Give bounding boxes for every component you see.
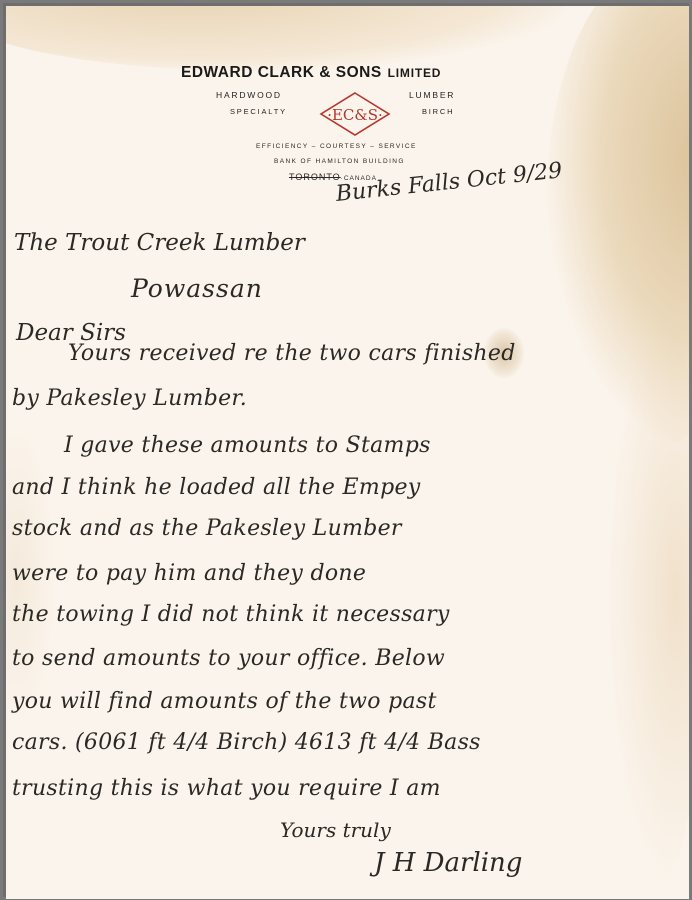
image-frame: EDWARD CLARK & SONSLIMITED HARDWOOD SPEC…: [0, 0, 692, 900]
lumber-label: LUMBER: [409, 90, 455, 100]
hardwood-label: HARDWOOD: [216, 90, 282, 100]
signature: J H Darling: [374, 848, 522, 878]
tagline: EFFICIENCY – COURTESY – SERVICE: [256, 143, 417, 150]
city-struck: TORONTO: [289, 172, 341, 182]
closing: Yours truly: [280, 818, 391, 842]
body-line: to send amounts to your office. Below: [12, 646, 445, 671]
body-line: cars. (6061 ft 4/4 Birch) 4613 ft 4/4 Ba…: [12, 730, 481, 755]
body-line: the towing I did not think it necessary: [12, 602, 450, 627]
letter-paper: EDWARD CLARK & SONSLIMITED HARDWOOD SPEC…: [6, 6, 689, 899]
company-suffix: LIMITED: [388, 66, 442, 80]
recipient-line-2: Powassan: [131, 274, 263, 303]
building-address: BANK OF HAMILTON BUILDING: [274, 158, 405, 165]
body-line: by Pakesley Lumber.: [12, 386, 247, 411]
body-line: I gave these amounts to Stamps: [64, 433, 431, 458]
specialty-label: SPECIALTY: [230, 107, 287, 116]
water-stain-right-lower: [606, 306, 689, 886]
body-line: stock and as the Pakesley Lumber: [12, 516, 402, 541]
body-line: and I think he loaded all the Empey: [12, 475, 421, 500]
letterhead: EDWARD CLARK & SONSLIMITED HARDWOOD SPEC…: [6, 6, 689, 196]
birch-label: BIRCH: [422, 107, 454, 116]
body-line: were to pay him and they done: [12, 561, 366, 586]
body-line: trusting this is what you require I am: [12, 776, 441, 801]
logo-text: ·EC&S·: [327, 106, 383, 124]
body-line: you will find amounts of the two past: [12, 689, 437, 714]
company-name-text: EDWARD CLARK & SONS: [181, 64, 382, 81]
company-name: EDWARD CLARK & SONSLIMITED: [181, 64, 521, 82]
ecs-diamond-logo-icon: ·EC&S·: [319, 91, 391, 137]
body-line: Yours received re the two cars finished: [68, 341, 516, 366]
recipient-line-1: The Trout Creek Lumber: [14, 230, 305, 256]
